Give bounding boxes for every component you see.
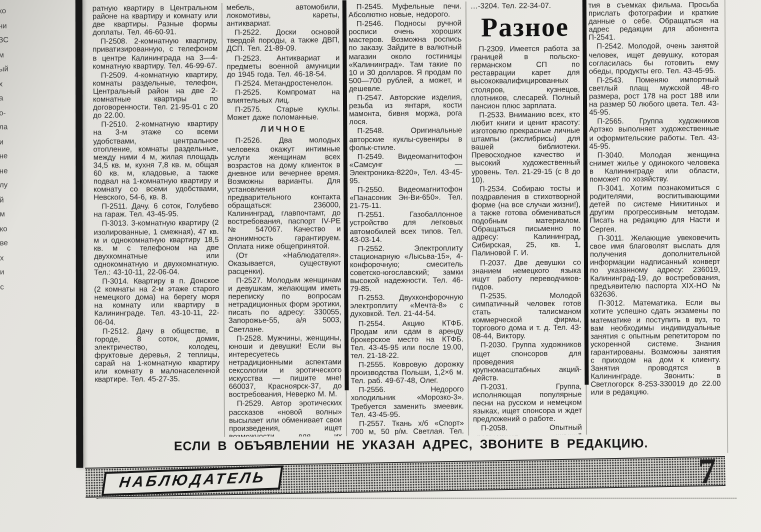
cutoff-text-fragment: ни: [0, 19, 15, 34]
classified-ad: П-2555. Ковровую дорожку производства По…: [351, 361, 464, 386]
cutoff-text-fragment: й: [0, 193, 16, 208]
classified-ad: П-2031. Группа, исполняющая популярные п…: [473, 383, 582, 424]
classified-ad: П-2548. Оригинальные авторские куклы-сув…: [349, 127, 462, 152]
classified-ad: П-2547. Авторские изделия, резьба из янт…: [349, 94, 462, 127]
classifieds-column-3: П-2545. Муфельные печи. Абсолютно новые,…: [344, 1, 469, 436]
classified-ad: П-2508. 2-комнатную квартиру, приватизир…: [93, 37, 218, 70]
classified-ad: П-2534. Собираю тосты и поздравления в с…: [472, 184, 581, 258]
classifieds-column-4: …-3204. Тел. 22-34-07.РазноеП-2309. Имее…: [466, 1, 587, 436]
page-number: 7: [698, 450, 717, 492]
classified-ad: П-2058. Опытный программист, окончивший …: [473, 424, 582, 435]
cutoff-text-fragment: не: [0, 149, 15, 164]
scan-gutter-strip: [75, 0, 83, 468]
classified-ad: П-2510. 2-комнатную квартиру на 3-м этаж…: [93, 120, 218, 202]
classified-ad: П-2523. Антиквариат и предметы военной а…: [227, 54, 340, 79]
classified-ad: тия в съемках фильма. Просьба прислать ф…: [588, 1, 718, 42]
classified-ad: П-2533. Вниманию всех, кто любит книги и…: [471, 111, 580, 185]
cutoff-text-fragment: ла: [0, 120, 15, 135]
cutoff-text-fragment: с: [0, 280, 16, 295]
classified-ad: П-2529. Автор эротических рассказов «нов…: [229, 400, 342, 437]
classified-ad: П-2557. Ткань х/б «Спорт» 700 м, 50 р/м.…: [351, 419, 464, 436]
classified-ad: П-2037. Две девушки со знанием немецкого…: [472, 258, 581, 291]
cutoff-text-fragment: ко: [0, 222, 16, 237]
classified-ad: П-3014. Квартиру в п. Донское (2 комнаты…: [94, 277, 219, 326]
classified-ad: П-2553. Двухконфорочную электроплиту «Ме…: [350, 294, 463, 319]
classified-ad: П-3041. Хотим познакомиться с родителями…: [590, 184, 720, 233]
classified-ad: П-2545. Муфельные печи. Абсолютно новые,…: [348, 3, 461, 20]
classified-ad: П-2554. Акцию КТФБ. Продам или сдам в ар…: [350, 319, 463, 360]
dotted-rule: [96, 498, 736, 499]
classifieds-columns: ратную квартиру в Центральном районе на …: [88, 0, 725, 438]
newspaper-page: кониЗСмыйхао-лаиненелуймковехис ратную к…: [0, 0, 761, 532]
cutoff-text-fragment: ЗС: [0, 33, 15, 48]
masthead-band: НАБЛЮДАТЕЛЬ: [85, 456, 725, 498]
classified-ad: П-2309. Имеется работа за границей в пол…: [471, 45, 580, 110]
cutoff-text-fragment: ве: [0, 236, 16, 251]
classified-ad: П-2512. Дачу в обществе, в городе, 8 сот…: [94, 327, 219, 384]
masthead-logo: НАБЛЮДАТЕЛЬ: [101, 466, 283, 496]
cutoff-text-fragment: не: [0, 164, 15, 179]
classified-ad: П-2509. 4-комнатную квартиру, комнаты ра…: [93, 71, 218, 120]
classified-ad: П-2535. Молодой симпатичный человек гото…: [472, 292, 581, 341]
classified-ad: мебель, автомобили, локомотивы, кареты, …: [226, 3, 339, 28]
classified-ad: …-3204. Тел. 22-34-07.: [470, 2, 579, 11]
classified-ad: П-2528. Мужчины, женщины, юноши и девушк…: [228, 334, 341, 399]
classified-ad: П-3040. Молодая женщина снимет жилье у о…: [589, 151, 719, 184]
section-heading-raznoe: Разное: [470, 12, 579, 43]
classified-ad: П-2526. Два молодых человека окажут инти…: [227, 137, 341, 251]
cutoff-text-fragment: ко: [0, 4, 14, 19]
classified-ad: П-2546. Подносы ручной росписи очень хор…: [348, 20, 461, 94]
classified-ad: П-2556. Недорого холодильник «Морозко-3»…: [351, 386, 464, 419]
classified-ad: П-2552. Электроплиту стационарную «Лысьв…: [350, 244, 463, 293]
cutoff-text-fragment: х: [0, 77, 15, 92]
classified-ad: ратную квартиру в Центральном районе на …: [92, 4, 217, 37]
classified-ad: П-2527. Молодым женщинам и девушкам, жел…: [228, 276, 341, 333]
cutoff-text-fragment: м: [0, 48, 15, 63]
classifieds-column-1: ратную квартиру в Центральном районе на …: [88, 3, 225, 438]
footer-notice: ЕСЛИ В ОБЪЯВЛЕНИИ НЕ УКАЗАН АДРЕС, ЗВОНИ…: [121, 436, 701, 454]
classifieds-column-2: мебель, автомобили, локомотивы, кареты, …: [222, 2, 347, 437]
classified-ad: (От «Наблюдателя». Оказывается, существу…: [228, 251, 341, 276]
classified-ad: П-2543. Поменяю импортный светлый плащ м…: [589, 76, 719, 117]
cutoff-text-fragment: о-: [0, 106, 15, 121]
classified-ad: П-2030. Группа художников ищет спонсоров…: [472, 341, 581, 382]
classified-ad: П-2549. Видеомагнитофон «Самсунг — Элект…: [349, 152, 462, 185]
classified-ad: П-2511. Дачу. 6 соток, Голубево на гараж…: [94, 202, 219, 219]
cutoff-text-fragment: и: [0, 135, 15, 150]
classified-ad: П-2550. Видеомагнитофон «Панасоник Эн-Ви…: [350, 186, 463, 211]
cutoff-text-fragment: а: [0, 91, 15, 106]
classified-ad: П-2551. Газобаллонное устройство для лег…: [350, 211, 463, 244]
classified-ad: П-2522. Доски основой твердой породы, а …: [227, 29, 340, 54]
classified-ad: П-2542. Молодой, очень занятой человек, …: [589, 42, 719, 75]
cutoff-text-fragment: лу: [0, 178, 16, 193]
classified-ad: П-3012. Математика. Если вы хотите успеш…: [590, 299, 721, 397]
subsection-heading-lichnoe: ЛИЧНОЕ: [227, 126, 340, 135]
cutoff-text-fragment: ый: [0, 62, 15, 77]
cutoff-text-fragment: и: [0, 265, 16, 280]
classified-ad: П-3013. 3-комнатную квартиру (2 изолиров…: [94, 219, 219, 276]
cutoff-text-fragment: м: [0, 207, 16, 222]
left-margin-fragments: кониЗСмыйхао-лаиненелуймковехис: [0, 4, 17, 464]
classifieds-column-5: тия в съемках фильма. Просьба прислать ф…: [584, 0, 725, 435]
classified-ad: П-3011. Желающие увековечить свое имя бл…: [590, 234, 720, 300]
cutoff-text-fragment: х: [0, 251, 16, 266]
page-edge-rule: [724, 0, 728, 453]
classified-ad: П-2525. Компромат на влиятельных лиц.: [227, 88, 340, 105]
classified-ad: П-2565. Группа художников Артэко выполня…: [589, 117, 719, 150]
classified-ad: П-2575. Старые куклы. Может даже поломан…: [227, 105, 340, 122]
